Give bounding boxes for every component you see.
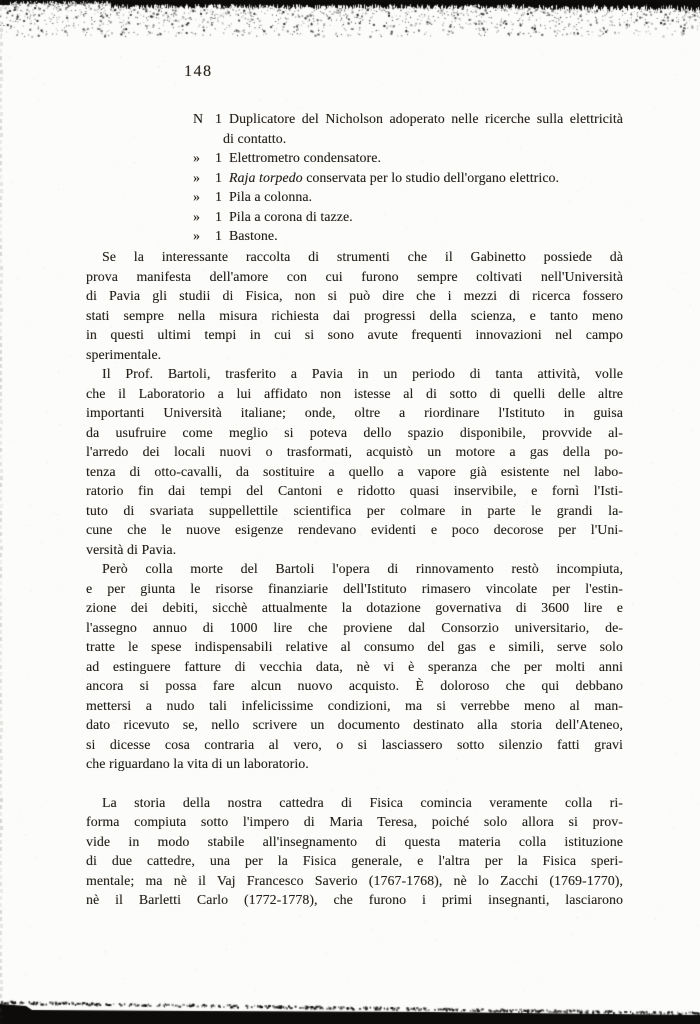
text-line: cune che le nuove esigenze rendevano evi… [86, 520, 623, 540]
text-line: sperimentale. [86, 345, 623, 365]
body-text: Se la interessante raccolta di strumenti… [86, 247, 623, 910]
text-line: versità di Pavia. [86, 540, 623, 560]
item-marker: » [193, 187, 215, 207]
item-description: Raja torpedo conservata per lo studio de… [229, 168, 623, 188]
text-run: conservata per lo studio dell'organo ele… [303, 170, 559, 185]
item-quantity: 1 [215, 168, 229, 188]
text-line: l'arredo dei locali nuovi o trasformati,… [86, 442, 623, 462]
text-line: forma compiuta sotto l'impero di Maria T… [86, 812, 623, 832]
text-line: che il Laboratorio a lui affidato non is… [86, 384, 623, 404]
text-line: di Pavia gli studii di Fisica, non si pu… [86, 286, 623, 306]
text-line: zione dei debiti, sicchè attualmente la … [86, 598, 623, 618]
item-quantity: 1 [215, 148, 229, 168]
text-run: Duplicatore del Nicholson adoperato nell… [229, 111, 623, 126]
text-line: importanti Università italiane; onde, ol… [86, 403, 623, 423]
text-line: e per giunta le risorse finanziarie dell… [86, 579, 623, 599]
text-run: di contatto. [223, 131, 286, 146]
text-run: Pila a corona di tazze. [229, 209, 353, 224]
inventory-item: »1Bastone. [193, 226, 623, 246]
text-line: mentale; ma nè il Vaj Francesco Saverio … [86, 871, 623, 891]
italic-text-run: Raja torpedo [229, 170, 303, 185]
text-line: da usufruire come meglio si poteva dello… [86, 423, 623, 443]
inventory-item: »1Raja torpedo conservata per lo studio … [193, 168, 623, 188]
item-quantity: 1 [215, 187, 229, 207]
item-description: Duplicatore del Nicholson adoperato nell… [229, 109, 623, 129]
text-line: Se la interessante raccolta di strumenti… [86, 247, 623, 267]
text-line: ad estinguere fatture di vecchia data, n… [86, 657, 623, 677]
inventory-item: »1Elettrometro condensatore. [193, 148, 623, 168]
item-description: Pila a colonna. [229, 187, 623, 207]
text-line: La storia della nostra cattedra di Fisic… [86, 793, 623, 813]
text-line: mettersi a nudo tali infelicissime condi… [86, 696, 623, 716]
paragraph: La storia della nostra cattedra di Fisic… [86, 793, 623, 910]
text-run: Pila a colonna. [229, 189, 312, 204]
item-quantity: 1 [215, 109, 229, 129]
scanned-book-page: 148 N1Duplicatore del Nicholson adoperat… [0, 0, 700, 1024]
item-description: Pila a corona di tazze. [229, 207, 623, 227]
inventory-item: »1Pila a colonna. [193, 187, 623, 207]
item-quantity: 1 [215, 207, 229, 227]
text-line: Il Prof. Bartoli, trasferito a Pavia in … [86, 364, 623, 384]
text-line: tenza di otto-cavalli, da sostituire a q… [86, 462, 623, 482]
text-line: nè il Barletti Carlo (1772-1778), che fu… [86, 890, 623, 910]
text-line: l'assegno annuo di 1000 lire che provien… [86, 618, 623, 638]
inventory-item: N1Duplicatore del Nicholson adoperato ne… [193, 109, 623, 129]
text-line: Però colla morte del Bartoli l'opera di … [86, 559, 623, 579]
item-description-wrap: di contatto. [193, 129, 623, 149]
text-line: che riguardano la vita di un laboratorio… [86, 754, 623, 774]
item-marker: N [193, 109, 215, 129]
item-marker: » [193, 148, 215, 168]
inventory-item: »1Pila a corona di tazze. [193, 207, 623, 227]
text-run: Elettrometro condensatore. [229, 150, 381, 165]
item-marker: » [193, 168, 215, 188]
text-run: Bastone. [229, 228, 278, 243]
text-line: tratte le spese indispensabili relative … [86, 637, 623, 657]
text-line: vide in modo stabile all'insegnamento di… [86, 832, 623, 852]
paragraph: Il Prof. Bartoli, trasferito a Pavia in … [86, 364, 623, 559]
paragraph: Però colla morte del Bartoli l'opera di … [86, 559, 623, 774]
text-line: si dicesse cosa contraria al vero, o si … [86, 735, 623, 755]
page-number: 148 [184, 63, 213, 81]
item-description: Elettrometro condensatore. [229, 148, 623, 168]
item-quantity: 1 [215, 226, 229, 246]
text-line: ratorio fin dai tempi del Cantoni e rido… [86, 481, 623, 501]
item-marker: » [193, 207, 215, 227]
text-line: ancora si possa fare alcun nuovo acquist… [86, 676, 623, 696]
text-line: tuto di svariata suppellettile scientifi… [86, 501, 623, 521]
paragraph: Se la interessante raccolta di strumenti… [86, 247, 623, 364]
item-description: Bastone. [229, 226, 623, 246]
instrument-inventory-list: N1Duplicatore del Nicholson adoperato ne… [193, 109, 623, 246]
item-marker: » [193, 226, 215, 246]
text-line: di due cattedre, una per la Fisica gener… [86, 851, 623, 871]
text-line: stati sempre nella misura richiesta dai … [86, 306, 623, 326]
text-line: dato ricevuto se, nello scrivere un docu… [86, 715, 623, 735]
text-line: prova manifesta dell'amore con cui furon… [86, 267, 623, 287]
text-line: in questi ultimi tempi in cui si sono av… [86, 325, 623, 345]
